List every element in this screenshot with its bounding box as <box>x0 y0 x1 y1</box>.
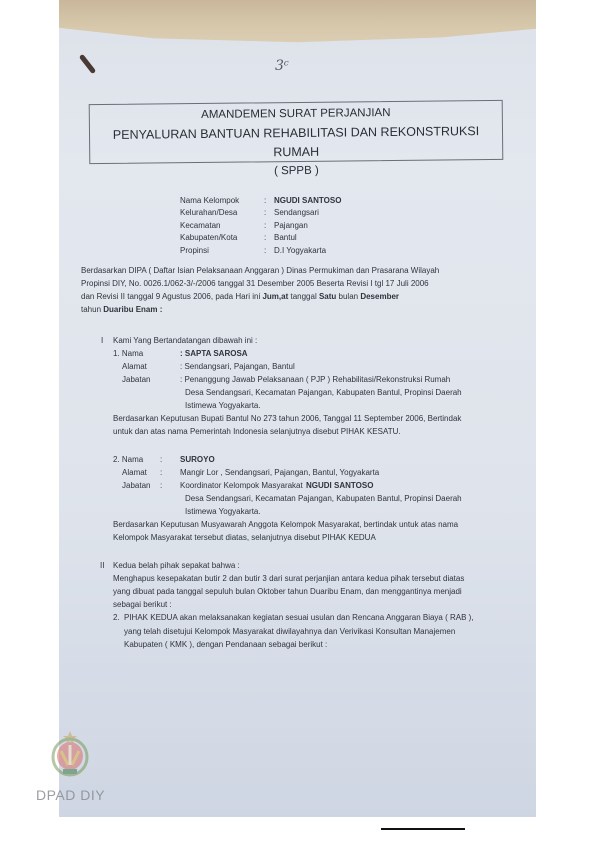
party2-alamat: Mangir Lor , Sendangsari, Pajangan, Bant… <box>180 467 379 479</box>
group-info-table: Nama Kelompok : NGUDI SANTOSO Kelurahan/… <box>180 194 341 257</box>
info-label: Kabupaten/Kota <box>180 233 264 242</box>
section-2-item-number: 2. <box>113 612 120 624</box>
section-2-numeral: II <box>100 560 104 572</box>
info-value: Bantul <box>274 233 297 242</box>
party1-basis-line-2: untuk dan atas nama Pemerintah Indonesia… <box>113 426 401 438</box>
party2-jabatan-line-2: Desa Sendangsari, Kecamatan Pajangan, Ka… <box>185 493 462 505</box>
party2-jabatan-line-1: Koordinator Kelompok Masyarakat <box>180 480 303 492</box>
info-row: Kecamatan : Pajangan <box>180 219 341 232</box>
party1-name-label: 1. Nama <box>113 348 143 360</box>
footer-line <box>381 828 465 830</box>
section-2-item-line-3: Kabupaten ( KMK ), dengan Pendanaan seba… <box>124 639 327 651</box>
info-value: Sendangsari <box>274 208 319 217</box>
info-row: Kabupaten/Kota : Bantul <box>180 232 341 245</box>
section-2-text-line-1: Menghapus kesepakatan butir 2 dan butir … <box>113 573 464 585</box>
info-label: Nama Kelompok <box>180 196 264 205</box>
section-2-item-line-1: PIHAK KEDUA akan melaksanakan kegiatan s… <box>124 612 474 624</box>
info-value: NGUDI SANTOSO <box>274 196 341 205</box>
handwritten-page-mark: 3ᶜ <box>275 58 289 74</box>
party1-basis-line-1: Berdasarkan Keputusan Bupati Bantul No 2… <box>113 413 461 425</box>
dpad-diy-emblem-icon <box>51 731 89 777</box>
info-row: Kelurahan/Desa : Sendangsari <box>180 207 341 220</box>
info-value: Pajangan <box>274 221 308 230</box>
section-2-text-line-2: yang dibuat pada tanggal sepuluh bulan O… <box>113 586 462 598</box>
title-line-2: PENYALURAN BANTUAN REHABILITASI DAN REKO… <box>90 122 502 164</box>
party2-name: SUROYO <box>180 454 215 466</box>
scanned-page: 3ᶜ AMANDEMEN SURAT PERJANJIAN PENYALURAN… <box>59 0 536 817</box>
section-2-item-line-2: yang telah disetujui Kelompok Masyarakat… <box>124 626 455 638</box>
party2-jabatan-line-3: Istimewa Yogyakarta. <box>185 506 261 518</box>
pen-mark-icon <box>79 54 96 74</box>
party1-jabatan-label: Jabatan <box>122 374 150 386</box>
info-label: Propinsi <box>180 246 264 255</box>
section-2-intro: Kedua belah pihak sepakat bahwa : <box>113 560 240 572</box>
info-row: Propinsi : D.I Yogyakarta <box>180 244 341 257</box>
party2-alamat-label: Alamat <box>122 467 147 479</box>
party1-jabatan-line-3: Istimewa Yogyakarta. <box>185 400 261 412</box>
title-box: AMANDEMEN SURAT PERJANJIAN PENYALURAN BA… <box>89 100 504 164</box>
section-2-text-line-3: sebagai berikut : <box>113 599 172 611</box>
party1-jabatan-line-2: Desa Sendangsari, Kecamatan Pajangan, Ka… <box>185 387 462 399</box>
section-1-intro: Kami Yang Bertandatangan dibawah ini : <box>113 335 257 347</box>
info-label: Kelurahan/Desa <box>180 208 264 217</box>
preamble-paragraph: Berdasarkan DIPA ( Daftar Isian Pelaksan… <box>81 264 501 316</box>
party2-basis-line-1: Berdasarkan Keputusan Musyawarah Anggota… <box>113 519 458 531</box>
party1-jabatan-line-1: : Penanggung Jawab Pelaksanaan ( PJP ) R… <box>180 374 450 386</box>
info-label: Kecamatan <box>180 221 264 230</box>
party1-alamat: : Sendangsari, Pajangan, Bantul <box>180 361 295 373</box>
party1-alamat-label: Alamat <box>122 361 147 373</box>
party2-jabatan-label: Jabatan <box>122 480 150 492</box>
party2-basis-line-2: Kelompok Masyarakat tersebut diatas, sel… <box>113 532 376 544</box>
info-row: Nama Kelompok : NGUDI SANTOSO <box>180 194 341 207</box>
document-paper: 3ᶜ AMANDEMEN SURAT PERJANJIAN PENYALURAN… <box>59 0 536 817</box>
watermark-text: DPAD DIY <box>36 787 105 803</box>
section-1-numeral: I <box>101 335 103 347</box>
party1-name: : SAPTA SAROSA <box>180 348 248 360</box>
party2-jabatan-group: NGUDI SANTOSO <box>306 480 373 492</box>
party2-name-label: 2. Nama <box>113 454 143 466</box>
info-value: D.I Yogyakarta <box>274 246 326 255</box>
title-line-3: ( SPPB ) <box>90 160 502 183</box>
